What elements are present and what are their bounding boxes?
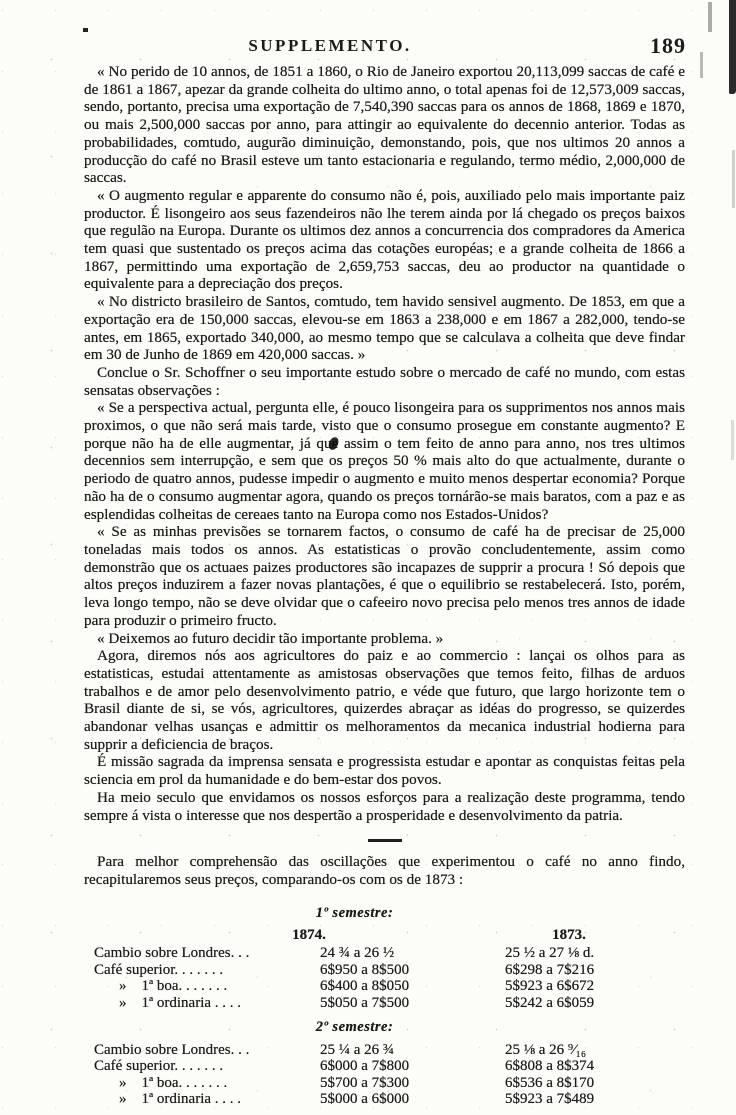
paragraph: É missão sagrada da imprensa sensata e p…: [84, 753, 685, 788]
paragraph: « No districto brasileiro de Santos, com…: [84, 293, 685, 364]
row-label: Cambio sobre Londres. . .: [84, 1042, 320, 1059]
value-1874: 5$700 a 7$300: [320, 1075, 505, 1092]
coffee-price-table: 1º semestre: 1874. 1873. Cambio sobre Lo…: [84, 905, 685, 1108]
value-1873: 6$808 a 8$374: [505, 1058, 685, 1075]
table-intro-paragraph: Para melhor comprehensão das oscillações…: [84, 853, 685, 888]
section-divider: [368, 839, 402, 842]
year-1874-header: 1874.: [254, 927, 364, 944]
year-header-row: 1874. 1873.: [84, 927, 685, 945]
value-1873: 6$536 a 8$170: [505, 1075, 685, 1092]
row-label: » 1ª boa. . . . . . .: [84, 1075, 320, 1092]
page-header: SUPPLEMENTO. 189: [0, 33, 736, 63]
scan-artifact: [731, 420, 734, 460]
value-1874: 5$050 a 7$500: [320, 995, 505, 1012]
paragraph: « Deixemos ao futuro decidir tão importa…: [84, 630, 685, 648]
value-1874: 6$400 a 8$050: [320, 978, 505, 995]
value-1873: 5$923 a 6$672: [505, 978, 685, 995]
paragraph: Ha meio seculo que envidamos os nossos e…: [84, 789, 685, 824]
value-1873: 5$242 a 6$059: [505, 995, 685, 1012]
value-1873: 5$923 a 7$489: [505, 1091, 685, 1108]
table-row: » 1ª ordinaria . . . . 5$000 a 6$000 5$9…: [84, 1091, 685, 1108]
row-label: Café superior. . . . . . .: [84, 1058, 320, 1075]
scan-artifact: [83, 28, 88, 32]
value-1874: 24 ¾ a 26 ½: [320, 945, 505, 962]
table-row: Cambio sobre Londres. . . 25 ¼ a 26 ¾ 25…: [84, 1042, 685, 1059]
scanned-document-page: SUPPLEMENTO. 189 « No perido de 10 annos…: [0, 0, 736, 1115]
body-text: « No perido de 10 annos, de 1851 a 1860,…: [84, 63, 685, 1108]
scan-artifact: [708, 2, 712, 32]
paragraph: « Se a perspectiva actual, pergunta elle…: [84, 399, 685, 523]
row-label: » 1ª boa. . . . . . .: [84, 978, 320, 995]
year-1873-header: 1873.: [504, 927, 634, 944]
value-1874: 5$000 a 6$000: [320, 1091, 505, 1108]
value-1874: 25 ¼ a 26 ¾: [320, 1042, 505, 1059]
paragraph: Agora, diremos nós aos agricultores do p…: [84, 647, 685, 753]
page-number: 189: [650, 33, 686, 59]
value-1873: 25 ⅛ a 26 ⁹⁄₁₆: [505, 1042, 685, 1059]
table-row: » 1ª ordinaria . . . . 5$050 a 7$500 5$2…: [84, 995, 685, 1012]
semester1-heading: 1º semestre:: [84, 905, 625, 922]
paragraph: Conclue o Sr. Schoffner o seu importante…: [84, 364, 685, 399]
value-1873: 6$298 a 7$216: [505, 962, 685, 979]
value-1874: 6$000 a 7$800: [320, 1058, 505, 1075]
row-label: Cambio sobre Londres. . .: [84, 945, 320, 962]
table-row: » 1ª boa. . . . . . . 6$400 a 8$050 5$92…: [84, 978, 685, 995]
page-title: SUPPLEMENTO.: [0, 36, 660, 56]
semester2-heading: 2º semestre:: [84, 1019, 625, 1036]
value-1874: 6$950 a 8$500: [320, 962, 505, 979]
table-row: Café superior. . . . . . . 6$000 a 7$800…: [84, 1058, 685, 1075]
table-row: Café superior. . . . . . . 6$950 a 8$500…: [84, 962, 685, 979]
table-row: » 1ª boa. . . . . . . 5$700 a 7$300 6$53…: [84, 1075, 685, 1092]
paragraph: « Se as minhas previsões se tornarem fac…: [84, 523, 685, 629]
row-label: » 1ª ordinaria . . . .: [84, 1091, 320, 1108]
paragraph: « O augmento regular e apparente do cons…: [84, 187, 685, 293]
row-label: » 1ª ordinaria . . . .: [84, 995, 320, 1012]
row-label: Café superior. . . . . . .: [84, 962, 320, 979]
table-row: Cambio sobre Londres. . . 24 ¾ a 26 ½ 25…: [84, 945, 685, 962]
scan-artifact: [732, 150, 735, 208]
value-1873: 25 ½ a 27 ⅛ d.: [505, 945, 685, 962]
paragraph: « No perido de 10 annos, de 1851 a 1860,…: [84, 63, 685, 187]
